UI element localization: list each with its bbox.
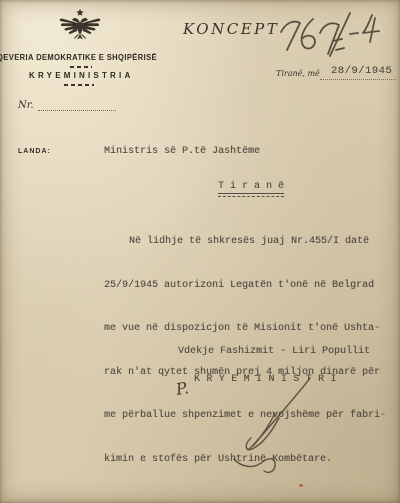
letterhead-government-line: QEVERIA DEMOKRATIKE E SHQIPËRISË xyxy=(0,53,157,62)
landa-label: LANDA: xyxy=(18,148,51,155)
paper-speck xyxy=(299,484,303,487)
koncept-label: KONCEPT xyxy=(183,20,279,38)
closing-slogan: Vdekje Fashizmit - Liri Popullit xyxy=(178,346,370,357)
handwritten-protocol-number xyxy=(270,2,390,62)
nr-rule xyxy=(38,98,116,111)
ornament-rule xyxy=(70,66,92,68)
ornament-rule xyxy=(64,84,94,86)
body-line: Në lidhje të shkresës juaj Nr.455/I datë xyxy=(104,231,394,253)
recipient-city-text: T i r a n ë xyxy=(218,181,284,194)
signature xyxy=(200,360,340,490)
recipient-city: T i r a n ë xyxy=(218,175,284,197)
body-line: 25/9/1945 autorizoni Legatën t'onë në Be… xyxy=(104,275,394,297)
recipient-addressee: Ministris së P.të Jashtëme xyxy=(104,146,260,157)
date-rule xyxy=(320,64,396,80)
double-headed-eagle-icon xyxy=(56,8,104,52)
body-line: me vue në dispozicjon të Misionit t'onë … xyxy=(104,318,394,340)
handwritten-initial: P. xyxy=(174,378,190,399)
nr-label: Nr. xyxy=(18,100,34,111)
place-date-prefix: Tiranë, më xyxy=(276,69,320,78)
scanned-letter-page: QEVERIA DEMOKRATIKE E SHQIPËRISË KRYEMIN… xyxy=(0,0,400,503)
letterhead-office-line: KRYEMINISTRIA xyxy=(29,71,133,80)
